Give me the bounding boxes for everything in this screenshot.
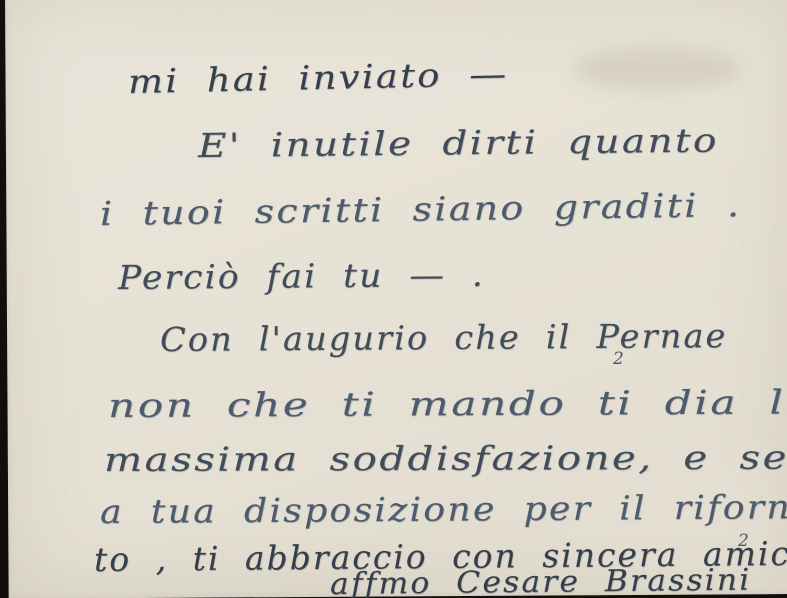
signature-line: affmo Cesare Brassini <box>330 563 752 598</box>
letter-line: E' inutile dirti quanto <box>198 121 719 165</box>
footnote-mark: 2 <box>613 349 624 369</box>
letter-line: mi hai inviato — <box>128 54 509 101</box>
letter-line: massima soddisfazione, e sempre <box>104 437 787 479</box>
letter-line: Perciò fai tu — . <box>118 255 485 297</box>
letter-line: a tua disposizione per il rifornimen <box>100 486 787 531</box>
photo-background: mi hai inviato — E' inutile dirti quanto… <box>0 0 787 598</box>
letter-line: non che ti mando ti dia la <box>108 382 787 425</box>
footnote-mark: 2 <box>738 531 749 551</box>
faint-pencil-smudge <box>575 48 740 90</box>
letter-line: Con l'augurio che il Pernae <box>160 316 728 359</box>
